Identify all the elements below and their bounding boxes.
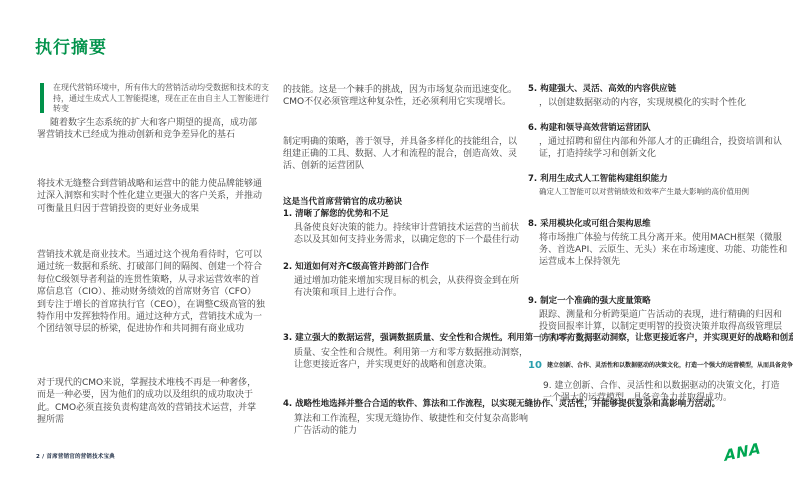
secret-item-1-body: 具备使良好决策的能力。持续审计营销技术运营的当前状态以及其如何支持业务需求，以确… [283, 222, 524, 246]
secret-item-10-body: 9. 建立创新、合作、灵活性和以数据驱动的决策文化，打造一个强大的运营模型，具备… [543, 380, 781, 404]
secret-item-9-title: 制定一个准确的强大度量策略 [540, 296, 651, 306]
secret-item-2: 2. 知道如何对齐C级高管并跨部门合作 通过增加功能来增加实现目标的机会，从获得… [283, 262, 524, 299]
paragraph-seamless-integration: 将技术无缝整合到营销战略和运营中的能力使品牌能够通过深入洞察和实时个性化建立更强… [37, 178, 265, 215]
secret-item-8-body: 将市场推广体验与传统工具分离开来。使用MACH框架（微服务、首选API、云原生、… [528, 232, 790, 269]
secret-item-5-body: ，以创建数据驱动的内容，实现规模化的实时个性化 [528, 97, 790, 109]
secret-item-7-number: 7. [528, 174, 537, 185]
secret-item-7-heading: 7. 利用生成式人工智能构建组织能力 [528, 174, 790, 185]
secret-item-9-heading: 9. 制定一个准确的强大度量策略 [528, 296, 790, 307]
secret-item-7-body: 确定人工智能可以对营销绩效和效率产生最大影响的高价值用例 [528, 187, 790, 197]
ana-logo: ANA [723, 439, 761, 465]
secret-item-10-title: 建立创新、合作、灵活性和以数据驱动的决策文化，打造一个强大的运营模型，从而具备竞… [547, 362, 793, 369]
secret-item-7-title: 利用生成式人工智能构建组织能力 [540, 174, 668, 184]
secret-item-8-number: 8. [528, 219, 537, 230]
secret-item-10: 10 建立创新、合作、灵活性和以数据驱动的决策文化，打造一个强大的运营模型，从而… [528, 352, 790, 371]
secret-item-1-number: 1. [283, 209, 292, 220]
secret-item-6-title: 构建和领导高效营销运营团队 [540, 123, 651, 133]
secret-item-1: 1. 清晰了解您的优势和不足 具备使良好决策的能力。持续审计营销技术运营的当前状… [283, 209, 524, 246]
secret-item-8-heading: 8. 采用模块化或可组合架构思维 [528, 219, 790, 230]
secret-item-9-number: 9. [528, 296, 537, 307]
secret-item-5-heading: 5. 构建强大、灵活、高效的内容供应链 [528, 84, 790, 95]
paragraph-skills-challenge: 的技能。这是一个棘手的挑战，因为市场复杂而迅速变化。CMO不仅必须管理这种复杂性… [283, 84, 524, 108]
secret-item-2-body: 通过增加功能来增加实现目标的机会，从获得资金到在所有决策和项目上进行合作。 [283, 275, 524, 299]
secret-item-6-heading: 6. 构建和领导高效营销运营团队 [528, 123, 790, 134]
secret-item-8-title: 采用模块化或可组合架构思维 [540, 219, 651, 229]
secret-item-9-body: 跟踪、测量和分析跨渠道广告活动的表现，进行精确的归因和投资回报率计算，以制定更明… [528, 309, 790, 346]
secret-item-5-number: 5. [528, 84, 537, 95]
paragraph-clear-strategy: 制定明确的策略，善于领导，并具备多样化的技能组合，以组建正确的工具、数据、人才和… [283, 136, 524, 173]
secret-item-1-title: 清晰了解您的优势和不足 [295, 209, 389, 219]
secret-item-6-body: ，通过招聘和留住内部和外部人才的正确组合，投资培训和认证，打造持续学习和创新文化 [528, 136, 790, 160]
callout-text: 在现代营销环境中，所有伟大的营销活动均受数据和技术的支持，通过生成式人工智能提速… [53, 83, 270, 115]
secret-item-3-body: 质量、安全性和合规性。利用第一方和零方数据推动洞察，让您更接近客户，并实现更好的… [283, 347, 535, 371]
secret-item-2-number: 2. [283, 262, 292, 273]
secret-item-7: 7. 利用生成式人工智能构建组织能力 确定人工智能可以对营销绩效和效率产生最大影… [528, 174, 790, 197]
page-footer: 2 / 首席营销官的营销技术宝典 [36, 452, 115, 460]
secret-item-6-number: 6. [528, 123, 537, 134]
secret-item-2-heading: 2. 知道如何对齐C级高管并跨部门合作 [283, 262, 524, 273]
paragraph-digital-ecosystem: 随着数字生态系统的扩大和客户期望的提高，成功部署营销技术已经成为推动创新和竞争差… [37, 117, 265, 142]
paragraph-modern-cmo: 对于现代的CMO来说，掌握技术堆栈不再是一种奢侈，而是一种必要，因为他们的成功以… [37, 377, 265, 427]
secret-item-5-title: 构建强大、灵活、高效的内容供应链 [540, 84, 676, 94]
secret-item-5: 5. 构建强大、灵活、高效的内容供应链 ，以创建数据驱动的内容，实现规模化的实时… [528, 84, 790, 109]
callout-accent-bar [40, 83, 44, 113]
secret-item-9: 9. 制定一个准确的强大度量策略 跟踪、测量和分析跨渠道广告活动的表现，进行精确… [528, 296, 790, 346]
callout-quote: 在现代营销环境中，所有伟大的营销活动均受数据和技术的支持，通过生成式人工智能提速… [40, 83, 270, 115]
secret-item-10-number: 10 [528, 360, 542, 371]
secret-item-2-title: 知道如何对齐C级高管并跨部门合作 [295, 262, 429, 272]
secret-item-1-heading: 1. 清晰了解您的优势和不足 [283, 209, 524, 220]
success-secrets-subhead: 这是当代首席营销官的成功秘诀 [283, 195, 402, 207]
document-page: 执行摘要 在现代营销环境中，所有伟大的营销活动均受数据和技术的支持，通过生成式人… [0, 0, 793, 481]
page-title: 执行摘要 [35, 33, 107, 58]
secret-item-3-number: 3. [283, 333, 292, 344]
secret-item-4-body: 算法和工作流程，实现无缝协作、敏捷性和交付复杂高影响广告活动的能力 [283, 413, 535, 437]
secret-item-4-number: 4. [283, 399, 292, 410]
paragraph-business-technology: 营销技术就是商业技术。当通过这个视角看待时，它可以通过统一数据和系统、打破部门间… [37, 249, 265, 336]
secret-item-6: 6. 构建和领导高效营销运营团队 ，通过招聘和留住内部和外部人才的正确组合，投资… [528, 123, 790, 160]
secret-item-8: 8. 采用模块化或可组合架构思维 将市场推广体验与传统工具分离开来。使用MACH… [528, 219, 790, 269]
